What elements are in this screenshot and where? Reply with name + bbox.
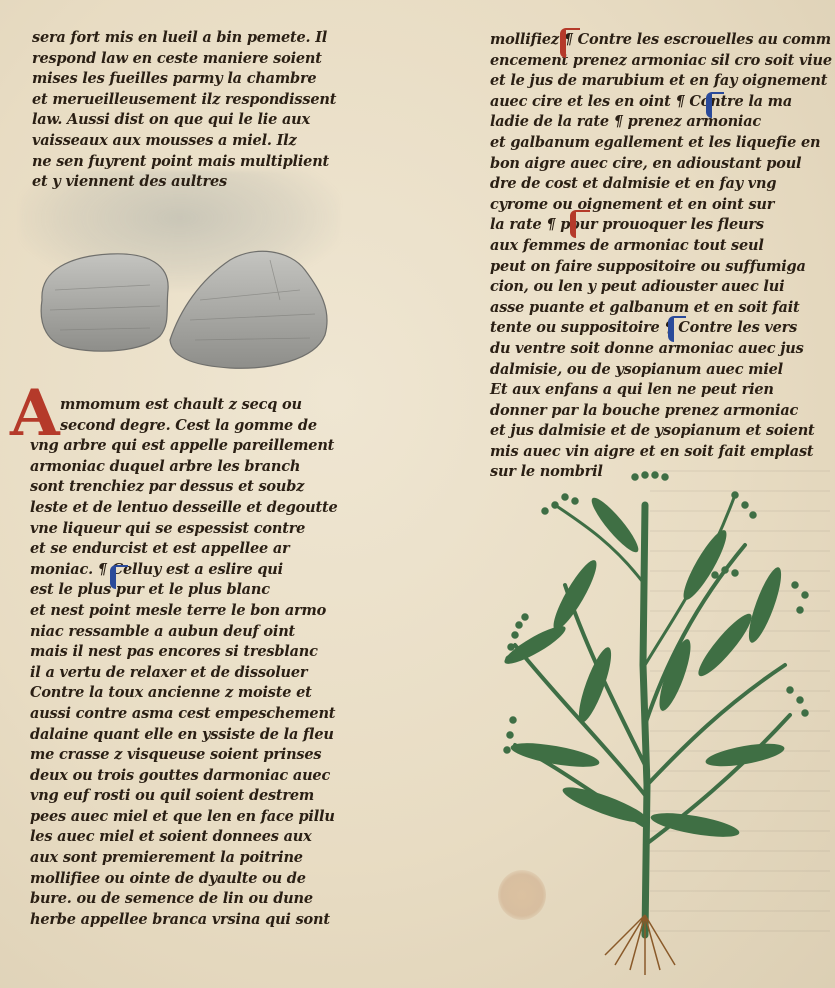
text-line: dalaine quant elle en yssiste de la fleu <box>30 725 390 746</box>
text-line: vaisseaux aux mousses a miel. Ilz <box>32 131 372 152</box>
text-line: Contre la toux ancienne z moiste et <box>30 683 390 704</box>
text-line: me crasse z visqueuse soient prinses <box>30 745 390 766</box>
text-line: deux ou trois gouttes darmoniac auec <box>30 766 390 787</box>
text-line: armoniac duquel arbre les branch <box>30 457 390 478</box>
stones-illustration <box>30 240 340 380</box>
text-line: du ventre soit donne armoniac auec jus <box>490 339 830 360</box>
text-line: cyrome ou oignement et en oint sur <box>490 195 830 216</box>
text-line: second degre. Cest la gomme de <box>60 416 390 437</box>
text-line: mollifiee ou ointe de dyaulte ou de <box>30 869 390 890</box>
text-line: respond law en ceste maniere soient <box>32 49 372 70</box>
text-line: il a vertu de relaxer et de dissoluer <box>30 663 390 684</box>
text-line: pees auec miel et que len en face pillu <box>30 807 390 828</box>
text-line: auec cire et les en oint ¶ Contre la ma <box>490 92 830 113</box>
text-line: dre de cost et dalmisie et en fay vng <box>490 174 830 195</box>
right-column-text: mollifiez ¶ Contre les escrouelles au co… <box>490 30 830 483</box>
text-line: cion, ou len y peut adiouster auec lui <box>490 277 830 298</box>
text-line: donner par la bouche prenez armoniac <box>490 401 830 422</box>
text-line: vne liqueur qui se espessist contre <box>30 519 390 540</box>
text-line: aussi contre asma cest empeschement <box>30 704 390 725</box>
text-line: dalmisie, ou de ysopianum auec miel <box>490 360 830 381</box>
blue-paragraph-mark <box>668 316 686 342</box>
text-line: est le plus pur et le plus blanc <box>30 580 390 601</box>
text-line: ne sen fuyrent point mais multiplient <box>32 152 372 173</box>
text-line: et se endurcist et est appellee ar <box>30 539 390 560</box>
text-line: aux femmes de armoniac tout seul <box>490 236 830 257</box>
text-line: vng arbre qui est appelle pareillement <box>30 436 390 457</box>
left-column-top-text: sera fort mis en lueil a bin pemete. Il … <box>32 28 372 193</box>
blue-paragraph-mark <box>110 565 128 589</box>
text-line: sera fort mis en lueil a bin pemete. Il <box>32 28 372 49</box>
text-line: mollifiez ¶ Contre les escrouelles au co… <box>490 30 830 51</box>
text-line: et le jus de marubium et en fay oignemen… <box>490 71 830 92</box>
text-line: tente ou suppositoire ¶ Contre les vers <box>490 318 830 339</box>
text-line: niac ressamble a aubun deuf oint <box>30 622 390 643</box>
text-line: et galbanum egallement et les liquefie e… <box>490 133 830 154</box>
left-column-bottom-text: mmomum est chault z secq ou second degre… <box>60 395 390 930</box>
text-line: mis auec vin aigre et en soit fait empla… <box>490 442 830 463</box>
text-line: law. Aussi dist on que qui le lie aux <box>32 110 372 131</box>
text-line: bon aigre auec cire, en adioustant poul <box>490 154 830 175</box>
text-line: ladie de la rate ¶ prenez armoniac <box>490 112 830 133</box>
text-line: la rate ¶ pour prouoquer les fleurs <box>490 215 830 236</box>
blue-paragraph-mark <box>706 92 724 118</box>
text-line: et nest point mesle terre le bon armo <box>30 601 390 622</box>
red-paragraph-mark <box>560 28 580 58</box>
text-line: herbe appellee branca vrsina qui sont <box>30 910 390 931</box>
text-line: sont trenchiez par dessus et soubz <box>30 477 390 498</box>
text-line: et merueilleusement ilz respondissent <box>32 90 372 111</box>
text-line: Et aux enfans a qui len ne peut rien <box>490 380 830 401</box>
text-line: peut on faire suppositoire ou suffumiga <box>490 257 830 278</box>
text-line: et jus dalmisie et de ysopianum et soien… <box>490 421 830 442</box>
text-line: et y viennent des aultres <box>32 172 372 193</box>
text-line: mises les fueilles parmy la chambre <box>32 69 372 90</box>
text-line: moniac. ¶ Celluy est a eslire qui <box>30 560 390 581</box>
text-line: asse puante et galbanum et en soit fait <box>490 298 830 319</box>
red-paragraph-mark <box>570 210 590 238</box>
text-line: les auec miel et soient donnees aux <box>30 827 390 848</box>
water-stain <box>498 870 546 920</box>
text-line: encement prenez armoniac sil cro soit vi… <box>490 51 830 72</box>
text-line: mais il nest pas encores si tresblanc <box>30 642 390 663</box>
text-line: bure. ou de semence de lin ou dune <box>30 889 390 910</box>
manuscript-page: sera fort mis en lueil a bin pemete. Il … <box>0 0 835 988</box>
text-line: leste et de lentuo desseille et degoutte <box>30 498 390 519</box>
text-line: vng euf rosti ou quil soient destrem <box>30 786 390 807</box>
text-line: aux sont premierement la poitrine <box>30 848 390 869</box>
text-line: mmomum est chault z secq ou <box>60 395 390 416</box>
